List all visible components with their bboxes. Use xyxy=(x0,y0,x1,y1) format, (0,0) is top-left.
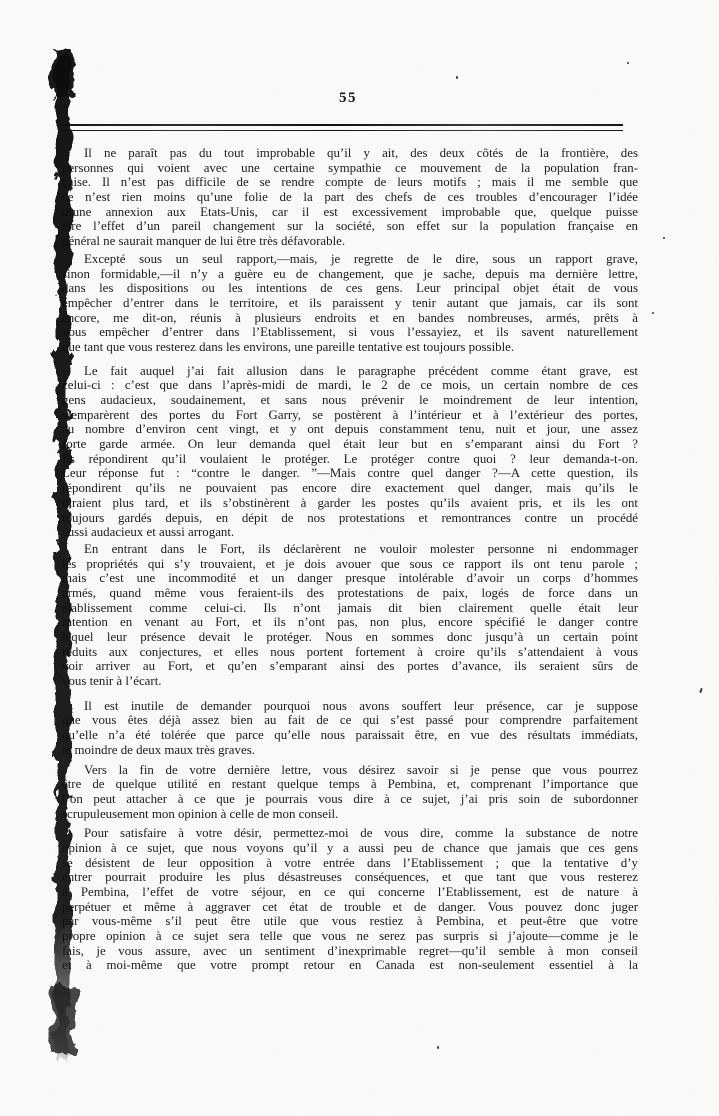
text-line: En entrant dans le Fort, ils déclarèrent… xyxy=(62,542,638,557)
text-line: s’emparèrent des portes du Fort Garry, s… xyxy=(62,408,638,423)
text-line: et à moi-même que votre prompt retour en… xyxy=(62,958,638,973)
text-line: que vous êtes déjà assez bien au fait de… xyxy=(62,713,638,728)
header-rule-bottom xyxy=(62,130,623,131)
page-number: 55 xyxy=(320,90,376,107)
paragraph: Le fait auquel j’ai fait allusion dans l… xyxy=(62,364,638,540)
text-line: ce n’est rien moins qu’une folie de la p… xyxy=(62,190,638,205)
text-line: se désistent de leur opposition à votre … xyxy=(62,856,638,871)
scanned-page: 55 Il ne paraît pas du tout improbable q… xyxy=(0,0,719,1116)
paragraph: Pour satisfaire à votre désir, permettez… xyxy=(62,826,638,973)
text-line: répondirent qu’ils ne pouvaient pas enco… xyxy=(62,481,638,496)
text-line: au nombre d’environ cent vingt, et y ont… xyxy=(62,422,638,437)
text-line: général ne saurait manquer de lui être t… xyxy=(62,234,638,249)
text-line: intention en venant au Fort, et ils n’on… xyxy=(62,615,638,630)
text-line: celui-ci : c’est que dans l’après-midi d… xyxy=(62,378,638,393)
header-rule-top xyxy=(62,124,623,126)
text-line: empêcher d’entrer dans le territoire, et… xyxy=(62,296,638,311)
text-line: forte garde armée. On leur demanda quel … xyxy=(62,437,638,452)
text-line: être l’effet d’un pareil changement sur … xyxy=(62,219,638,234)
text-line: qu’elle n’a été tolérée que parce qu’ell… xyxy=(62,728,638,743)
scan-speck xyxy=(456,76,458,79)
text-line: Pour satisfaire à votre désir, permettez… xyxy=(62,826,638,841)
text-line: sinon formidable,—il n’y a guère eu de c… xyxy=(62,267,638,282)
paragraph: Il ne paraît pas du tout improbable qu’i… xyxy=(62,146,638,249)
scan-speck xyxy=(627,62,629,64)
text-line: dans les dispositions ou les intentions … xyxy=(62,281,638,296)
text-line: l’on peut attacher à ce que je pourrais … xyxy=(62,792,638,807)
text-line: vous tenir à l’écart. xyxy=(62,674,638,689)
text-line: gens audacieux, soudainement, et sans no… xyxy=(62,393,638,408)
text-line: établissement comme celui-ci. Ils n’ont … xyxy=(62,601,638,616)
scan-speck xyxy=(437,1046,439,1049)
text-line: opinion à ce sujet, que nous voyons qu’i… xyxy=(62,841,638,856)
scan-speck xyxy=(663,237,665,239)
text-line: scrupuleusement mon opinion à celle de m… xyxy=(62,807,638,822)
text-line: les propriétés qui s’y trouvaient, et je… xyxy=(62,557,638,572)
text-line: Vers la fin de votre dernière lettre, vo… xyxy=(62,763,638,778)
text-line: fais, je vous assure, avec un sentiment … xyxy=(62,944,638,959)
paragraph: Il est inutile de demander pourquoi nous… xyxy=(62,699,638,758)
text-line: mais c’est une incommodité et un danger … xyxy=(62,571,638,586)
text-line: encore, me dit-on, réunis à plusieurs en… xyxy=(62,311,638,326)
text-line: lequel leur présence devait le protéger.… xyxy=(62,630,638,645)
text-line: toujours gardés depuis, en dépit de nos … xyxy=(62,511,638,526)
text-line: à Pembina, l’effet de votre séjour, en c… xyxy=(62,885,638,900)
text-line: Il est inutile de demander pourquoi nous… xyxy=(62,699,638,714)
text-line: personnes qui voient avec une certaine s… xyxy=(62,161,638,176)
scan-speck xyxy=(699,688,703,693)
text-line: voir arriver au Fort, et qu’en s’emparan… xyxy=(62,659,638,674)
scan-speck xyxy=(652,312,654,314)
text-line: Ils répondirent qu’il voulaient le proté… xyxy=(62,452,638,467)
text-line: çaise. Il n’est pas difficile de se rend… xyxy=(62,175,638,190)
text-line: Il ne paraît pas du tout improbable qu’i… xyxy=(62,146,638,161)
paragraph: Vers la fin de votre dernière lettre, vo… xyxy=(62,763,638,822)
paragraph: Excepté sous un seul rapport,—mais, je r… xyxy=(62,252,638,355)
text-line: Leur réponse fut : “contre le danger. ”—… xyxy=(62,466,638,481)
page-text: Il ne paraît pas du tout improbable qu’i… xyxy=(62,146,638,973)
text-line: propre opinion à ce sujet sera telle que… xyxy=(62,929,638,944)
text-line: que tant que vous resterez dans les envi… xyxy=(62,340,638,355)
text-line: le moindre de deux maux très graves. xyxy=(62,743,638,758)
text-line: aussi audacieux et aussi arrogant. xyxy=(62,525,638,540)
text-line: réduits aux conjectures, et elles nous p… xyxy=(62,645,638,660)
text-line: Le fait auquel j’ai fait allusion dans l… xyxy=(62,364,638,379)
paragraph: En entrant dans le Fort, ils déclarèrent… xyxy=(62,542,638,689)
text-line: diraient plus tard, et ils s’obstinèrent… xyxy=(62,496,638,511)
text-line: d’une annexion aux Etats-Unis, car il es… xyxy=(62,205,638,220)
text-line: entrer pourrait produire les plus désast… xyxy=(62,870,638,885)
text-line: être de quelque utilité en restant quelq… xyxy=(62,777,638,792)
text-line: vous empêcher d’entrer dans l’Etablissem… xyxy=(62,325,638,340)
text-line: perpétuer et même à aggraver cet état de… xyxy=(62,900,638,915)
text-line: Excepté sous un seul rapport,—mais, je r… xyxy=(62,252,638,267)
text-line: armés, quand même vous feraient-ils des … xyxy=(62,586,638,601)
text-line: par vous-même s’il peut être utile que v… xyxy=(62,914,638,929)
